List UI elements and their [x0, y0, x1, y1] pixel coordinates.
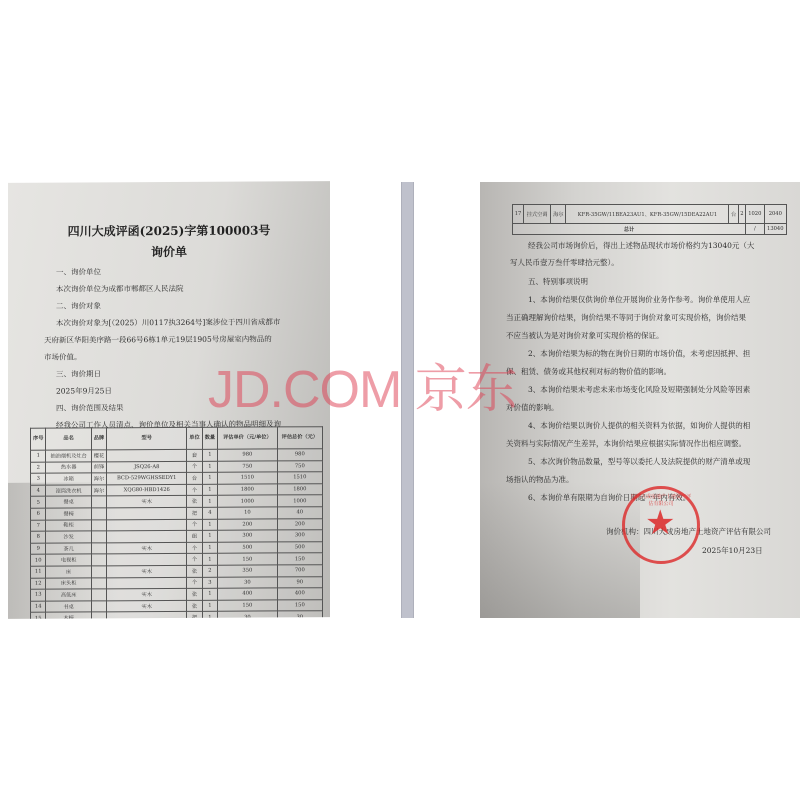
document-number: 四川大成评函(2025)字第100003号 — [8, 221, 330, 240]
table-cell: 2 — [202, 565, 217, 577]
table-cell: 90 — [277, 576, 322, 588]
table-cell: 1800 — [277, 483, 322, 495]
star-icon: ★ — [645, 503, 675, 543]
table-cell: 150 — [218, 600, 277, 612]
company-seal-stamp: 四川大成房地产土地资产评估有限公司 ★ — [622, 486, 700, 564]
table-cell: 1 — [31, 450, 46, 462]
section-heading: 二、询价对象 — [56, 300, 101, 311]
table-cell: 150 — [277, 599, 322, 611]
table-cell: BCD-529WGHSSEDY1 — [107, 473, 187, 485]
column-header: 品牌 — [91, 428, 106, 450]
table-cell: 个 — [187, 542, 202, 554]
table-cell: 1 — [202, 461, 217, 473]
table-cell: 400 — [277, 588, 322, 600]
table-cell: 个 — [187, 577, 202, 589]
paragraph: 1、本询价结果仅供询价单位开展询价业务作参考。询价单使用人应 — [528, 294, 750, 305]
table-cell — [91, 496, 106, 508]
table-cell: 海尔 — [91, 485, 106, 497]
table-cell: 前锋 — [91, 461, 106, 473]
column-header: 数量 — [202, 427, 217, 449]
section-heading: 一、询价单位 — [56, 266, 101, 277]
table-cell: 实木 — [107, 542, 187, 554]
table-cell: 4 — [31, 485, 46, 497]
table-cell: 个 — [187, 554, 202, 566]
table-cell: 组 — [187, 530, 202, 542]
table-cell: 茶几 — [46, 543, 91, 555]
section-heading: 五、特别事项说明 — [528, 276, 588, 287]
paragraph: 市场价值。 — [44, 351, 82, 362]
column-header: 序号 — [31, 428, 46, 450]
table-cell — [91, 566, 106, 578]
table-cell: XQG80-HBD1426 — [107, 484, 187, 496]
table-cell: 1510 — [277, 472, 322, 484]
paragraph: 不应当被认为是对询价对象可实现价格的保证。 — [506, 330, 664, 341]
table-cell — [91, 543, 106, 555]
total-row: 总计/13040 — [513, 224, 787, 235]
table-cell: 2 — [31, 462, 46, 474]
table-cell: 1 — [202, 449, 217, 461]
table-cell: 沙发 — [46, 531, 91, 543]
table-cell: 1 — [202, 588, 217, 600]
paragraph: 4、本询价结果以询价人提供的相关资料为依据，如询价人提供的相 — [528, 420, 750, 431]
table-cell: 床 — [46, 566, 91, 578]
price-table: 序号品名品牌型号单位数量评估单价（元/单位）评估总价（元） 1抽油烟机及灶台樱花… — [30, 426, 323, 619]
table-cell: 40 — [277, 507, 322, 519]
table-cell: 500 — [277, 541, 322, 553]
table-cell: 750 — [218, 461, 277, 473]
table-cell: 17 — [513, 205, 524, 224]
table-cell: 1 — [202, 530, 217, 542]
table-row: 15木椅把13030 — [31, 611, 323, 619]
table-cell: 3 — [202, 577, 217, 589]
table-row: 17挂式空调海尔KFR-35GW/11BEA23AU1、KFR-35GW/15D… — [513, 205, 787, 224]
section-heading: 三、询价期日 — [56, 368, 101, 379]
table-cell — [91, 519, 106, 531]
table-cell: 床头柜 — [46, 577, 91, 589]
paragraph: 关资料与实际情况产生差异，本询价结果应根据实际情况作出相应调整。 — [506, 438, 746, 449]
table-cell: 木椅 — [46, 612, 91, 619]
table-cell — [107, 507, 187, 519]
section-heading: 四、询价范围及结果 — [56, 402, 124, 413]
table-cell: 实木 — [107, 565, 187, 577]
table-cell — [107, 449, 187, 461]
table-cell: 7 — [31, 520, 46, 532]
table-cell — [91, 554, 106, 566]
table-cell — [91, 612, 106, 619]
table-cell: 台 — [187, 473, 202, 485]
table-cell: 个 — [187, 519, 202, 531]
table-cell — [107, 577, 187, 589]
table-cell: 书桌 — [46, 601, 91, 613]
total-label: 总计 — [513, 224, 746, 235]
table-cell: 10 — [31, 554, 46, 566]
table-cell: 980 — [277, 449, 322, 461]
table-cell: 电视柜 — [46, 554, 91, 566]
table-cell: 300 — [277, 530, 322, 542]
table-cell: 1000 — [218, 495, 277, 507]
table-cell: 15 — [31, 612, 46, 618]
paragraph: 写人民币壹万叁仟零肆拾元整）。 — [510, 257, 619, 268]
table-cell: 个 — [187, 461, 202, 473]
table-cell: 鞋柜 — [46, 519, 91, 531]
table-cell: 餐椅 — [46, 508, 91, 520]
table-cell: 挂式空调 — [523, 205, 550, 224]
table-cell: 高低床 — [46, 589, 91, 601]
table-cell: 30 — [218, 611, 277, 619]
paragraph: 5、本次询价物品数量，型号等以委托人及法院提供的财产清单或现 — [528, 456, 750, 467]
table-cell: 12 — [31, 578, 46, 590]
table-cell: 11 — [31, 566, 46, 578]
table-cell: 张 — [187, 588, 202, 600]
table-cell: 1 — [202, 519, 217, 531]
inquiry-date: 2025年9月25日 — [56, 385, 112, 396]
column-header: 评估单价（元/单位） — [218, 427, 277, 449]
table-cell: 700 — [277, 565, 322, 577]
paragraph: 天府新区华阳美序路一段66号6栋1单元19层1905号房屋室内物品的 — [44, 333, 272, 345]
table-cell: 2 — [738, 205, 745, 224]
table-cell: 3 — [31, 473, 46, 485]
paragraph: 本次询价单位为成都市郫都区人民法院 — [56, 283, 184, 295]
table-cell: 张 — [187, 496, 202, 508]
table-cell: KFR-35GW/11BEA23AU1、KFR-35GW/15DEA22AU1 — [566, 205, 729, 224]
price-table-continued: 17挂式空调海尔KFR-35GW/11BEA23AU1、KFR-35GW/15D… — [512, 204, 787, 235]
paragraph: 保、租赁、债务或其他权利对标的物价值的影响。 — [506, 366, 671, 377]
table-cell: 1 — [202, 600, 217, 612]
table-cell: 150 — [277, 553, 322, 565]
table-cell: JSQ26-A8 — [107, 461, 187, 473]
table-cell: 把 — [187, 507, 202, 519]
table-header-row: 序号品名品牌型号单位数量评估单价（元/单位）评估总价（元） — [31, 427, 323, 451]
table-cell: 30 — [218, 576, 277, 588]
table-cell — [91, 577, 106, 589]
paragraph: 对价值的影响。 — [506, 402, 559, 413]
table-cell: 1 — [202, 542, 217, 554]
table-cell: 8 — [31, 531, 46, 543]
table-cell: 500 — [218, 542, 277, 554]
table-cell: 1 — [202, 612, 217, 619]
signature-date: 2025年10月23日 — [702, 545, 763, 556]
table-cell: 实木 — [107, 589, 187, 601]
table-cell: 把 — [187, 612, 202, 619]
document-title: 询价单 — [8, 242, 330, 261]
paragraph: 3、本询价结果未考虑未来市场变化风险及短期强制处分风险等因素 — [528, 384, 750, 395]
table-cell — [107, 554, 187, 566]
table-cell — [107, 612, 187, 619]
image-divider — [401, 182, 414, 618]
table-cell: 海尔 — [91, 473, 106, 485]
paragraph: 场指认的物品为准。 — [506, 474, 574, 485]
table-cell: 1 — [202, 554, 217, 566]
table-cell: 1510 — [218, 472, 277, 484]
table-cell: 台 — [729, 205, 738, 224]
column-header: 品名 — [46, 428, 91, 450]
table-cell: 1 — [202, 496, 217, 508]
table-cell: 套 — [187, 449, 202, 461]
table-cell: 750 — [277, 460, 322, 472]
table-cell: 4 — [202, 507, 217, 519]
table-cell: 14 — [31, 601, 46, 613]
table-cell: 滚筒洗衣机 — [46, 485, 91, 497]
paragraph: 经我公司市场询价后，得出上述物品现状市场价格约为13040元（大 — [528, 240, 754, 251]
table-cell: 餐桌 — [46, 496, 91, 508]
table-cell: 200 — [277, 518, 322, 530]
table-cell: 6 — [31, 508, 46, 520]
table-cell: 5 — [31, 497, 46, 509]
table-cell: 冰箱 — [46, 473, 91, 485]
table-cell: 实木 — [107, 600, 187, 612]
table-cell: 10 — [218, 507, 277, 519]
table-cell: 1800 — [218, 484, 277, 496]
column-header: 评估总价（元） — [277, 427, 322, 449]
paragraph: 本次询价对象为[（2025）川0117执3264号]案涉位于四川省成都市 — [56, 316, 280, 328]
table-cell — [91, 589, 106, 601]
table-cell: 13 — [31, 589, 46, 601]
table-cell: 980 — [218, 449, 277, 461]
table-cell: 350 — [218, 565, 277, 577]
table-cell: 张 — [187, 565, 202, 577]
table-cell: 300 — [218, 530, 277, 542]
table-cell: 2040 — [764, 205, 786, 224]
table-cell: 150 — [218, 553, 277, 565]
table-cell: 热水器 — [46, 462, 91, 474]
table-cell: 30 — [277, 611, 322, 619]
column-header: 型号 — [107, 427, 187, 449]
table-cell — [91, 601, 106, 613]
table-cell: 1000 — [277, 495, 322, 507]
table-cell: 200 — [218, 518, 277, 530]
total-unit-price: / — [746, 224, 765, 235]
table-cell: 抽油烟机及灶台 — [46, 450, 91, 462]
table-cell — [91, 531, 106, 543]
column-header: 单位 — [187, 427, 202, 449]
table-cell: 海尔 — [551, 205, 566, 224]
paragraph: 2、本询价结果为标的物在询价日期的市场价值，未考虑因抵押、担 — [528, 348, 750, 359]
total-value: 13040 — [764, 224, 786, 235]
table-cell: 个 — [187, 484, 202, 496]
table-cell: 1 — [202, 484, 217, 496]
table-cell: 9 — [31, 543, 46, 555]
table-cell: 400 — [218, 588, 277, 600]
table-cell — [91, 508, 106, 520]
left-document-photo: 四川大成评函(2025)字第100003号 询价单 一、询价单位 本次询价单位为… — [8, 181, 330, 619]
table-cell: 1 — [202, 472, 217, 484]
table-cell: 实木 — [107, 496, 187, 508]
table-cell: 樱花 — [91, 450, 106, 462]
table-cell — [107, 531, 187, 543]
table-cell: 张 — [187, 600, 202, 612]
table-cell: 1020 — [746, 205, 765, 224]
table-cell — [107, 519, 187, 531]
paragraph: 当正确理解询价结果，询价结果不等同于询价对象可实现价格，询价结果 — [506, 312, 746, 323]
